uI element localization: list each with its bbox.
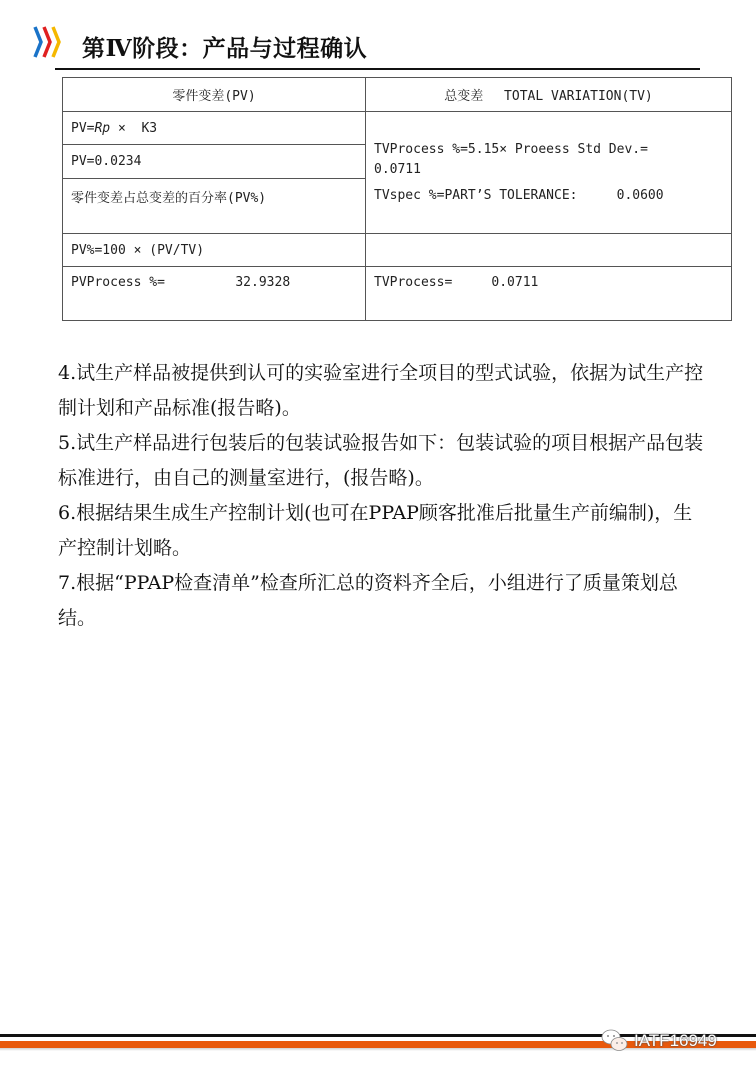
tv-process-formula: TVProcess %=5.15× Proeess Std Dev.= <box>374 140 723 160</box>
triple-chevron-icon <box>32 25 62 59</box>
paragraph-5: 5.试生产样品进行包装后的包装试验报告如下：包装试验的项目根据产品包装标准进行，… <box>58 426 708 496</box>
table-header-row: 零件变差(PV) 总变差 TOTAL VARIATION(TV) <box>63 78 732 112</box>
table-row: PV%=100 × (PV/TV) <box>63 234 732 267</box>
watermark-text: IATF16949 <box>634 1031 717 1051</box>
variation-table: 零件变差(PV) 总变差 TOTAL VARIATION(TV) PV=Rp ×… <box>62 77 732 321</box>
page-header: 第Ⅳ阶段：产品与过程确认 <box>0 0 756 75</box>
pv-process-result-cell: PVProcess %= 32.9328 <box>63 267 366 321</box>
pv-formula-cell: PV=Rp × K3 <box>63 112 366 145</box>
tv-formula-cell: TVProcess %=5.15× Proeess Std Dev.= 0.07… <box>366 112 732 234</box>
pv-percent-formula-cell: PV%=100 × (PV/TV) <box>63 234 366 267</box>
header-part-variation: 零件变差(PV) <box>63 78 366 112</box>
paragraph-6: 6.根据结果生成生产控制计划(也可在PPAP顾客批准后批量生产前编制)，生产控制… <box>58 496 708 566</box>
rp-symbol: Rp <box>94 121 110 136</box>
body-text: 4.试生产样品被提供到认可的实验室进行全项目的型式试验，依据为试生产控制计划和产… <box>58 356 708 636</box>
paragraph-4: 4.试生产样品被提供到认可的实验室进行全项目的型式试验，依据为试生产控制计划和产… <box>58 356 708 426</box>
pv-percent-label-cell: 零件变差占总变差的百分率(PV%) <box>63 179 366 234</box>
page-title: 第Ⅳ阶段：产品与过程确认 <box>82 30 367 63</box>
watermark: IATF16949 <box>600 1027 717 1055</box>
pv-value-cell: PV=0.0234 <box>63 145 366 179</box>
header-total-variation: 总变差 TOTAL VARIATION(TV) <box>366 78 732 112</box>
tv-process-value: 0.0711 <box>374 160 723 180</box>
empty-cell <box>366 234 732 267</box>
header-divider <box>55 68 700 70</box>
table-row: PVProcess %= 32.9328 TVProcess= 0.0711 <box>63 267 732 321</box>
wechat-icon <box>600 1028 630 1054</box>
tv-spec-formula: TVspec %=PART’S TOLERANCE: 0.0600 <box>374 186 723 206</box>
tv-process-result-cell: TVProcess= 0.0711 <box>366 267 732 321</box>
table-row: PV=Rp × K3 TVProcess %=5.15× Proeess Std… <box>63 112 732 145</box>
paragraph-7: 7.根据“PPAP检查清单”检查所汇总的资料齐全后，小组进行了质量策划总结。 <box>58 566 708 636</box>
